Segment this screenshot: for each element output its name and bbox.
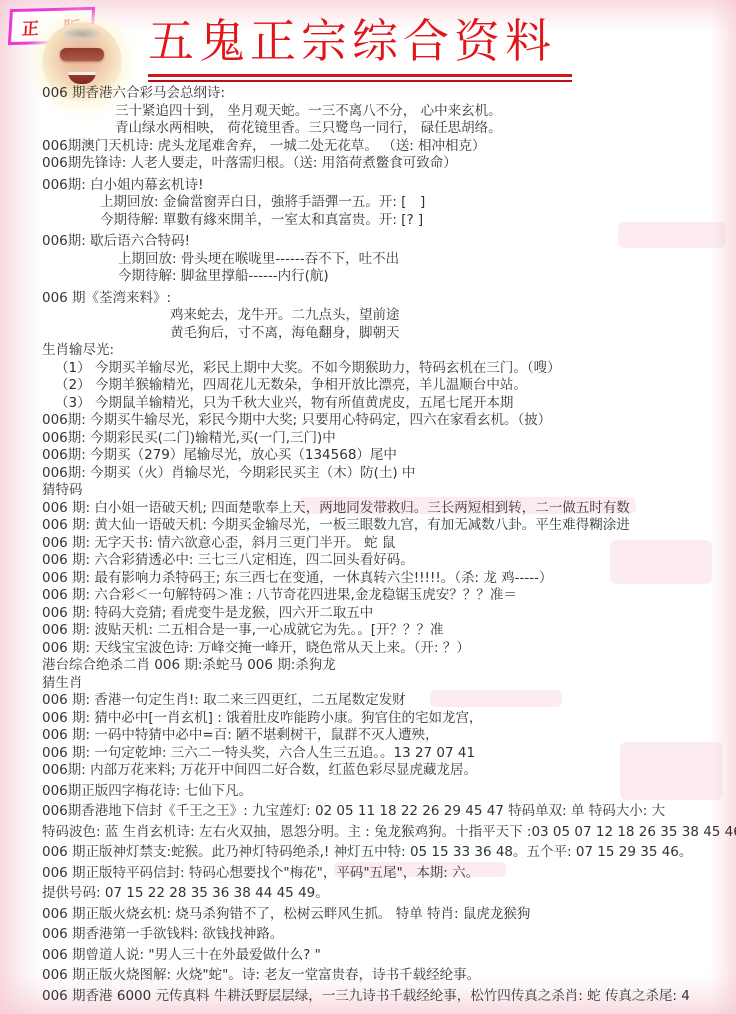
text-line: 港台综合绝杀二肖 006 期:杀蛇马 006 期:杀狗龙 xyxy=(42,657,736,675)
text-line: 006 期: 特码大竞猜; 看虎变牛是龙猴，四六开二取五中 xyxy=(42,605,736,623)
text-line: 006 期: 白小姐一语破天机; 四面楚歌奉上天，两地同发带救归。三长两短相到转… xyxy=(42,500,736,518)
text-line: 006 期: 六合彩＜一句解特码＞准 : 八节奇花四进果,金龙稳锯玉虎安？？？准… xyxy=(42,587,736,605)
text-line: 006期: 今期买（火）肖输尽光，今期彩民买主（木）防(土) 中 xyxy=(42,465,736,483)
text-line: 今期待解: 單數有緣來開羊，一室太和真富贵。开: [? ] xyxy=(42,212,736,230)
text-line: 006期: 今期彩民买(二门)输精光,买(一门,三门)中 xyxy=(42,430,736,448)
text-line: 006 期正版火烧玄机: 烧马杀狗错不了，松树云畔风生抓。 特单 特肖: 鼠虎龙… xyxy=(42,906,736,924)
text-line: （3） 今期鼠羊输精光，只为千秋大业兴，物有所值黄虎皮，五尾七尾开本期 xyxy=(42,395,736,413)
text-line: 特码波色: 蓝 生肖玄机诗: 左右火双抽，恩怨分明。主 : 兔龙猴鸡狗。十指平天… xyxy=(42,824,736,842)
text-line: 006期澳门天机诗: 虎头龙尾难舍弃， 一城二处无花草。 （送: 相冲相克） xyxy=(42,138,736,156)
lottery-info-sheet: 正 版 五鬼正宗综合资料 006 期香港六合彩马会总纲诗:三十紧追四十到， 坐月… xyxy=(0,0,736,1014)
text-line: 006期: 歇后语六合特码! xyxy=(42,233,736,251)
text-line: 今期待解: 脚盆里撑船------内行(航) xyxy=(42,268,736,286)
text-line: 006 期: 六合彩猜透必中: 三七三八定相连，四二回头看好码。 xyxy=(42,552,736,570)
text-line: 006 期: 猜中必中[一肖玄机] : 饿着肚皮咋能跨小康。狗官住的宅如龙宫， xyxy=(42,710,736,728)
text-line: 006期: 内部万花来料; 万花开中间四二好合数，红蓝色彩尽显虎藏龙居。 xyxy=(42,762,736,780)
text-line: 006 期香港第一手欲钱料: 欲钱找神路。 xyxy=(42,926,736,944)
text-line: 006 期《荃湾来料》: xyxy=(42,290,736,308)
sunglasses-icon xyxy=(60,48,104,61)
text-line: 青山绿水两相映， 荷花镜里香。三只鹭鸟一同行， 碌任思胡络。 xyxy=(42,120,736,138)
avatar-hair xyxy=(64,28,100,40)
text-line: 生肖输尽光: xyxy=(42,342,736,360)
text-line: （1） 今期买羊输尽光，彩民上期中大奖。不如今期猴助力，特码玄机在三门。（嗖） xyxy=(42,360,736,378)
text-line: 006 期正版神灯禁支:蛇猴。此乃神灯特码绝杀,! 神灯五中特: 05 15 3… xyxy=(42,844,736,862)
text-line: 上期回放: 骨头埂在喉咙里------吞不下，吐不出 xyxy=(42,251,736,269)
text-line: 006 期: 一码中特猜中必中=百: 陋不堪剩树干，鼠群不灭人遭殃， xyxy=(42,727,736,745)
text-line: 006 期: 天线宝宝波色诗: 万峰交掩一峰开，晓色常从天上来。（开: ？） xyxy=(42,640,736,658)
text-line: 006 期: 波贴天机: 二五相合是一事,一心成就它为先。。[开？？？准 xyxy=(42,622,736,640)
text-line: 黄毛狗后，寸不离，海龟翻身，脚朝天 xyxy=(42,325,736,343)
text-line: 006 期曾道人说: "男人三十在外最爱做什么? " xyxy=(42,947,736,965)
text-line: 006 期香港六合彩马会总纲诗: xyxy=(42,85,736,103)
text-line: 006 期: 黄大仙一语破天机: 今期买金输尽光，一板三眼数九宫，有加无减数八卦… xyxy=(42,517,736,535)
text-line: 006 期正版火烧图解: 火烧"蛇"。诗: 老友一堂富贵春，诗书千载经纶事。 xyxy=(42,967,736,985)
text-line: 006期正版四字梅花诗: 七仙下凡。 xyxy=(42,783,736,801)
text-line: 006期香港地下信封《千王之王》: 九宝莲灯: 02 05 11 18 22 2… xyxy=(42,803,736,821)
title-underline xyxy=(148,74,572,82)
text-line: 006期先锋诗: 人老人要走，叶落需归根。（送: 用箔荷煮鳖食可致命） xyxy=(42,155,736,173)
text-line: 提供号码: 07 15 22 28 35 36 38 44 45 49。 xyxy=(42,885,736,903)
text-line: 三十紧追四十到， 坐月观天蛇。一三不离八不分， 心中来玄机。 xyxy=(42,103,736,121)
text-line: 006 期香港 6000 元传真料 牛耕沃野层层绿，一三九诗书千载经纶事，松竹四… xyxy=(42,988,736,1006)
text-line: 006期: 今期买（279）尾输尽光，放心买（134568）尾中 xyxy=(42,447,736,465)
text-line: 鸡来蛇去，龙牛开。二九点头，望前途 xyxy=(42,307,736,325)
text-line: （2） 今期羊猴输精光，四周花儿无数朵，争相开放比漂亮，羊儿温顺台中站。 xyxy=(42,377,736,395)
page-title: 五鬼正宗综合资料 xyxy=(148,16,576,68)
text-line: 006 期: 无字天书: 情六欲意心歪，斜月三更门半开。 蛇 鼠 xyxy=(42,535,736,553)
text-line: 006期: 白小姐内幕玄机诗! xyxy=(42,177,736,195)
text-line: 猜特码 xyxy=(42,482,736,500)
document-body: 006 期香港六合彩马会总纲诗:三十紧追四十到， 坐月观天蛇。一三不离八不分， … xyxy=(42,85,736,1005)
text-line: 006 期: 香港一句定生肖!: 取二来三四更红，二五尾数定发财 xyxy=(42,692,736,710)
text-line: 006 期: 最有影响力杀特码王; 东三西七在变通，一休真转六尘!!!!!。（杀… xyxy=(42,570,736,588)
text-line: 006 期: 一句定乾坤: 三六二一特头奖，六合人生三五追。。13 27 07 … xyxy=(42,745,736,763)
text-line: 猜生肖 xyxy=(42,675,736,693)
avatar-smile xyxy=(68,72,96,84)
text-line: 006期: 今期买牛输尽光，彩民今期中大奖; 只要用心特码定，四六在家看玄机。（… xyxy=(42,412,736,430)
text-line: 006 期正版特平码信封: 特码心想要找个"梅花"，平码"五尾"，本期: 六。 xyxy=(42,865,736,883)
line-list: 006 期香港六合彩马会总纲诗:三十紧追四十到， 坐月观天蛇。一三不离八不分， … xyxy=(42,85,736,1005)
text-line: 上期回放: 金倫當窗弄白日，強將手語彈一五。开: [ ] xyxy=(42,194,736,212)
